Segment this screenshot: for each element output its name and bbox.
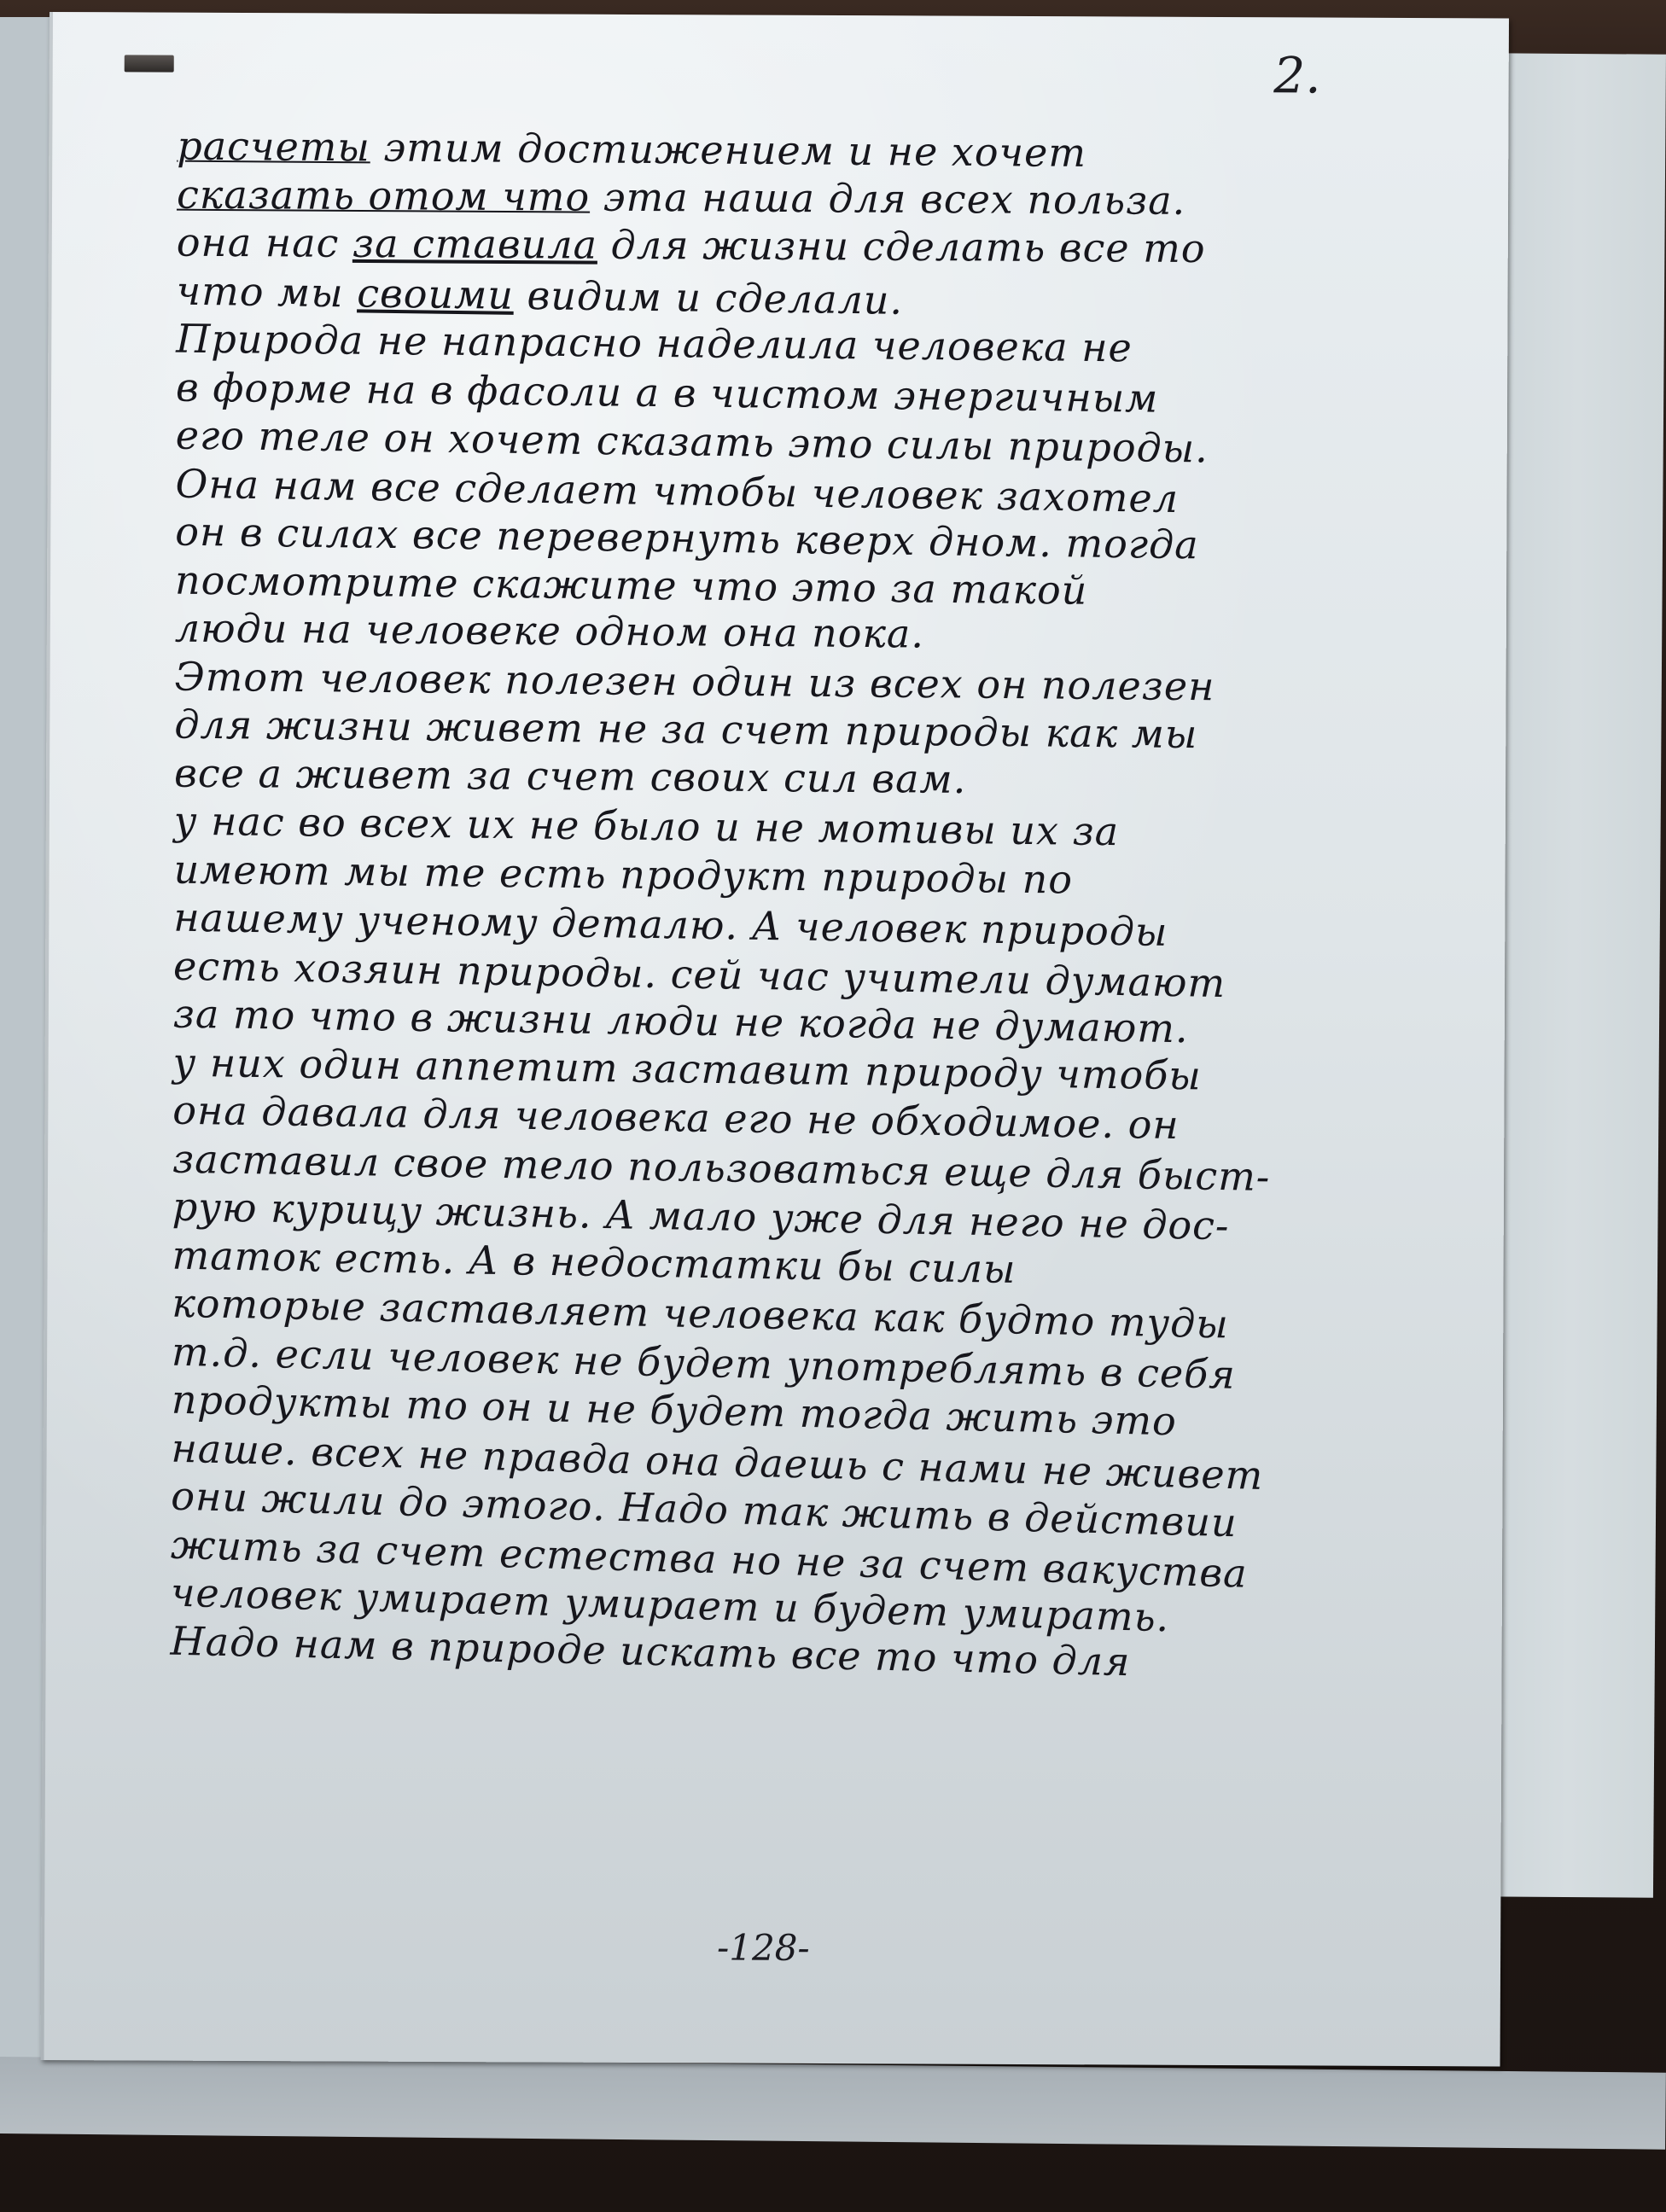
line-rest: этим достижением и не хочет [370,124,1087,176]
line-part: что мы [176,267,357,316]
underlined-phrase: сказать отом что [177,171,590,219]
stacked-sheet-bottom [0,2057,1666,2150]
underlined-phrase: своими [357,270,514,317]
photo-scene: 2. расчеты этим достижением и не хочетск… [0,0,1666,2212]
line-part: для жизни сделать все то [597,222,1206,271]
corner-number: 2. [1273,46,1321,104]
line-part: она нас [177,219,352,266]
underlined-phrase: расчеты [177,123,370,171]
page-number: -128- [717,1926,810,1968]
underlined-phrase: за ставила [352,220,597,268]
text-line: сказать отом что эта наша для всех польз… [177,170,1474,226]
handwritten-page: 2. расчеты этим достижением и не хочетск… [41,12,1509,2066]
line-part: видим и сделали. [514,271,904,323]
staple-mark [125,55,174,72]
text-line: люди на человеке одном она пока. [175,604,1472,662]
handwritten-text-body: расчеты этим достижением и не хочетсказа… [171,122,1475,1671]
text-line: она нас за ставила для жизни сделать все… [177,218,1474,275]
line-rest: эта наша для всех польза. [590,173,1185,223]
